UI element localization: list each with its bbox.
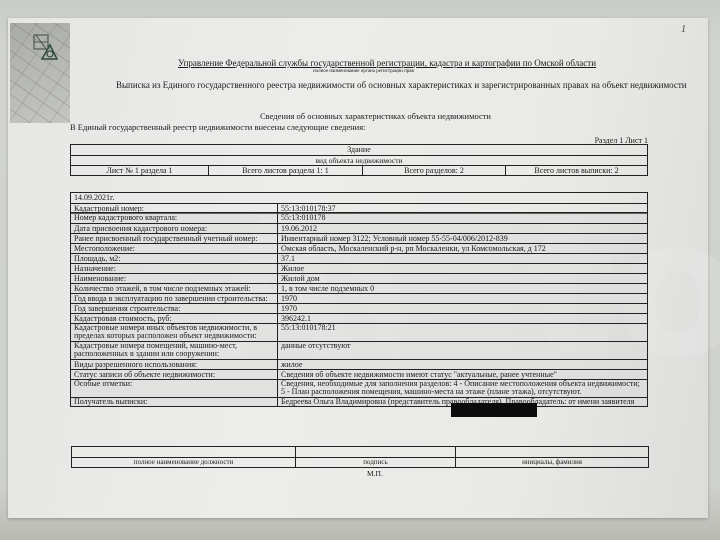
table-row: Количество этажей, в том числе подземных… [71, 283, 647, 293]
row-value: 19.06.2012 [278, 224, 647, 233]
table-row: Статус записи об объекте недвижимости:Св… [71, 369, 647, 379]
row-value: жилое [278, 360, 647, 369]
row-value: 1970 [278, 304, 647, 313]
table-row: Кадастровые номера иных объектов недвижи… [71, 323, 647, 341]
row-label: Количество этажей, в том числе подземных… [71, 284, 278, 293]
row-label: Особые отметки: [71, 380, 278, 397]
row-label: Год завершения строительства: [71, 304, 278, 313]
table-row: Площадь, м2:37.1 [71, 253, 647, 263]
table-row: Кадастровые номера помещений, машино-мес… [71, 341, 647, 359]
row-label: Кадастровые номера иных объектов недвижи… [71, 324, 278, 341]
table-row: Местоположение:Омская область, Москаленс… [71, 243, 647, 253]
seal-placeholder: М.П. [367, 469, 383, 478]
object-kind-caption: вид объекта недвижимости [71, 156, 647, 165]
table-row: Особые отметки:Сведения, необходимые для… [71, 379, 647, 397]
agency-caption: полное наименование органа регистрации п… [313, 69, 414, 74]
row-value: 37.1 [278, 254, 647, 263]
row-label: Ранее присвоенный государственный учетны… [71, 234, 278, 243]
row-value: 396242.1 [278, 314, 647, 323]
row-value: Жилое [278, 264, 647, 273]
document-title: Выписка из Единого государственного реес… [116, 80, 687, 90]
agency-name: Управление Федеральной службы государств… [178, 58, 596, 68]
sections-total: Всего разделов: 2 [363, 166, 506, 175]
row-value: Сведения об объекте недвижимости имеют с… [278, 370, 647, 379]
extract-date: 14.09.2021г. [71, 193, 647, 203]
name-caption: инициалы, фамилия [456, 458, 648, 467]
row-value: 1, в том числе подземных 0 [278, 284, 647, 293]
table-row: Наименование:Жилой дом [71, 273, 647, 283]
rosreestr-emblem-stamp [10, 23, 70, 123]
intro-text: В Единый государственный реестр недвижим… [70, 122, 366, 132]
document-page: 1 Управление Федеральной службы государс… [8, 18, 708, 518]
row-value: Омская область, Москаленский р-н, рп Мос… [278, 244, 647, 253]
section-title: Сведения об основных характеристиках объ… [260, 111, 491, 121]
sheets-in-section: Всего листов раздела 1: 1 [209, 166, 363, 175]
table-row: Дата присвоения кадастрового номера:19.0… [71, 223, 647, 233]
row-value: 55:13:010178:21 [278, 324, 647, 341]
row-label: Местоположение: [71, 244, 278, 253]
row-label: Дата присвоения кадастрового номера: [71, 224, 278, 233]
row-value: Жилой дом [278, 274, 647, 283]
sheets-total: Всего листов выписки: 2 [506, 166, 647, 175]
row-label: Назначение: [71, 264, 278, 273]
emblem-icon [32, 33, 58, 63]
row-value: Инвентарный номер 3122; Условный номер 5… [278, 234, 647, 243]
page-marker: 1 [681, 24, 686, 35]
row-value: Сведения, необходимые для заполнения раз… [278, 380, 647, 397]
row-value: 55:13:010178 [278, 213, 647, 223]
object-kind: Здание [71, 145, 647, 155]
table-row: Виды разрешенного использования:жилое [71, 359, 647, 369]
table-row: Получатель выписки:Бедреева Ольга Владим… [71, 397, 647, 407]
row-label: Виды разрешенного использования: [71, 360, 278, 369]
sheet-number: Лист № 1 раздела 1 [71, 166, 209, 175]
cadastral-table: 14.09.2021г. Кадастровый номер: 55:13:01… [70, 192, 648, 214]
characteristics-table: Номер кадастрового квартала:55:13:010178… [70, 212, 648, 407]
signature-block: полное наименование должности подпись ин… [71, 446, 649, 468]
row-label: Год ввода в эксплуатацию по завершении с… [71, 294, 278, 303]
redaction-bar [451, 403, 537, 417]
table-row: Год ввода в эксплуатацию по завершении с… [71, 293, 647, 303]
row-label: Кадастровые номера помещений, машино-мес… [71, 342, 278, 359]
row-label: Наименование: [71, 274, 278, 283]
signature-caption: подпись [296, 458, 456, 467]
object-kind-table: Здание вид объекта недвижимости Лист № 1… [70, 144, 648, 176]
row-label: Кадастровая стоимость, руб: [71, 314, 278, 323]
table-row: Номер кадастрового квартала:55:13:010178 [71, 213, 647, 223]
row-value: данные отсутствуют [278, 342, 647, 359]
table-row: Кадастровая стоимость, руб:396242.1 [71, 313, 647, 323]
row-label: Статус записи об объекте недвижимости: [71, 370, 278, 379]
row-value: 1970 [278, 294, 647, 303]
table-row: Год завершения строительства:1970 [71, 303, 647, 313]
position-caption: полное наименование должности [72, 458, 296, 467]
row-label: Площадь, м2: [71, 254, 278, 263]
table-row: Ранее присвоенный государственный учетны… [71, 233, 647, 243]
row-label: Номер кадастрового квартала: [71, 213, 278, 223]
table-row: Назначение:Жилое [71, 263, 647, 273]
row-label: Получатель выписки: [71, 398, 278, 407]
